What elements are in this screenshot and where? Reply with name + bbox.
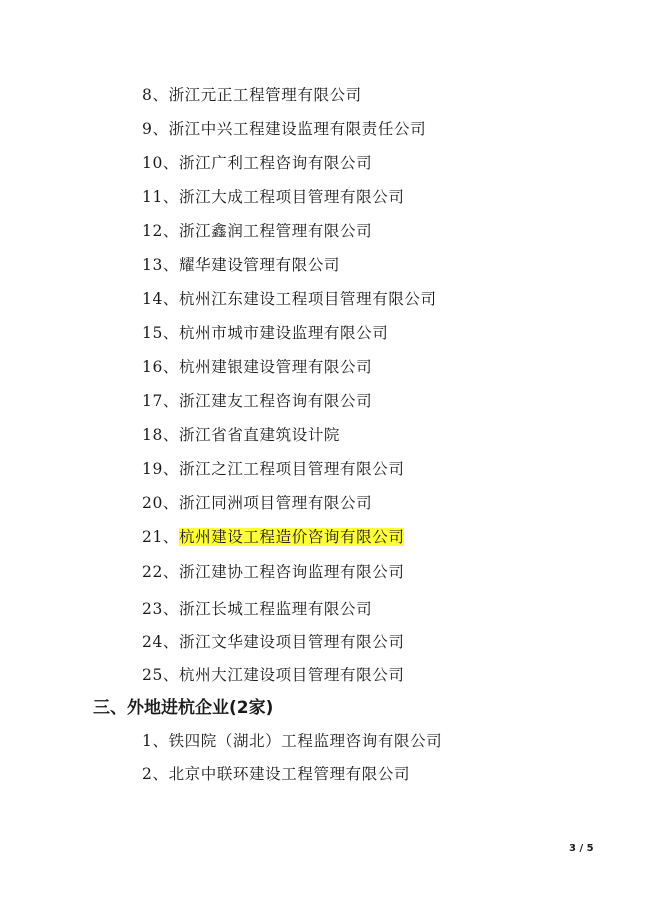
company-name-highlighted: 杭州建设工程造价咨询有限公司 [179, 528, 404, 546]
item-number: 21、 [142, 528, 179, 546]
company-name: 浙江中兴工程建设监理有限责任公司 [169, 120, 427, 138]
item-number: 1、 [142, 732, 169, 750]
item-number: 15、 [142, 324, 179, 342]
item-number: 19、 [142, 460, 179, 478]
list-item: 14、杭州江东建设工程项目管理有限公司 [142, 289, 437, 309]
list-item: 16、杭州建银建设管理有限公司 [142, 357, 372, 377]
item-number: 14、 [142, 290, 179, 308]
item-number: 9、 [142, 120, 169, 138]
company-name: 浙江建友工程咨询有限公司 [179, 392, 372, 410]
item-number: 12、 [142, 222, 179, 240]
list-item: 17、浙江建友工程咨询有限公司 [142, 391, 372, 411]
company-name: 浙江文华建设项目管理有限公司 [179, 633, 404, 651]
company-name: 杭州建银建设管理有限公司 [179, 358, 372, 376]
list-item: 25、杭州大江建设项目管理有限公司 [142, 665, 404, 685]
company-name: 浙江建协工程咨询监理有限公司 [179, 563, 404, 581]
item-number: 25、 [142, 666, 179, 684]
list-item: 20、浙江同洲项目管理有限公司 [142, 493, 372, 513]
list-item: 23、浙江长城工程监理有限公司 [142, 599, 372, 619]
item-number: 2、 [142, 765, 169, 783]
item-number: 18、 [142, 426, 179, 444]
item-number: 13、 [142, 256, 179, 274]
list-item: 18、浙江省省直建筑设计院 [142, 425, 340, 445]
list-item: 2、北京中联环建设工程管理有限公司 [142, 764, 410, 784]
company-name: 浙江省省直建筑设计院 [179, 426, 340, 444]
company-name: 耀华建设管理有限公司 [179, 256, 340, 274]
page-number: 3 / 5 [569, 843, 594, 854]
item-number: 23、 [142, 600, 179, 618]
list-item: 19、浙江之江工程项目管理有限公司 [142, 459, 404, 479]
company-name: 浙江广利工程咨询有限公司 [179, 154, 372, 172]
list-item: 8、浙江元正工程管理有限公司 [142, 85, 362, 105]
item-number: 24、 [142, 633, 179, 651]
list-item: 1、铁四院（湖北）工程监理咨询有限公司 [142, 731, 442, 751]
item-number: 22、 [142, 563, 179, 581]
company-name: 浙江长城工程监理有限公司 [179, 600, 372, 618]
list-item: 22、浙江建协工程咨询监理有限公司 [142, 562, 404, 582]
company-name: 浙江元正工程管理有限公司 [169, 86, 362, 104]
company-name: 浙江同洲项目管理有限公司 [179, 494, 372, 512]
item-number: 17、 [142, 392, 179, 410]
list-item: 12、浙江鑫润工程管理有限公司 [142, 221, 372, 241]
item-number: 20、 [142, 494, 179, 512]
company-name: 浙江之江工程项目管理有限公司 [179, 460, 404, 478]
item-number: 11、 [142, 188, 179, 206]
company-name: 铁四院（湖北）工程监理咨询有限公司 [169, 732, 443, 750]
list-item: 11、浙江大成工程项目管理有限公司 [142, 187, 404, 207]
list-item: 15、杭州市城市建设监理有限公司 [142, 323, 388, 343]
company-name: 杭州市城市建设监理有限公司 [179, 324, 388, 342]
list-item: 9、浙江中兴工程建设监理有限责任公司 [142, 119, 426, 139]
item-number: 16、 [142, 358, 179, 376]
company-name: 北京中联环建设工程管理有限公司 [169, 765, 411, 783]
list-item-highlighted: 21、杭州建设工程造价咨询有限公司 [142, 527, 404, 547]
item-number: 8、 [142, 86, 169, 104]
company-name: 浙江大成工程项目管理有限公司 [179, 188, 404, 206]
section-heading: 三、外地进杭企业(2家) [93, 697, 273, 719]
company-name: 杭州江东建设工程项目管理有限公司 [179, 290, 437, 308]
list-item: 13、耀华建设管理有限公司 [142, 255, 340, 275]
company-name: 杭州大江建设项目管理有限公司 [179, 666, 404, 684]
item-number: 10、 [142, 154, 179, 172]
list-item: 10、浙江广利工程咨询有限公司 [142, 153, 372, 173]
list-item: 24、浙江文华建设项目管理有限公司 [142, 632, 404, 652]
company-name: 浙江鑫润工程管理有限公司 [179, 222, 372, 240]
